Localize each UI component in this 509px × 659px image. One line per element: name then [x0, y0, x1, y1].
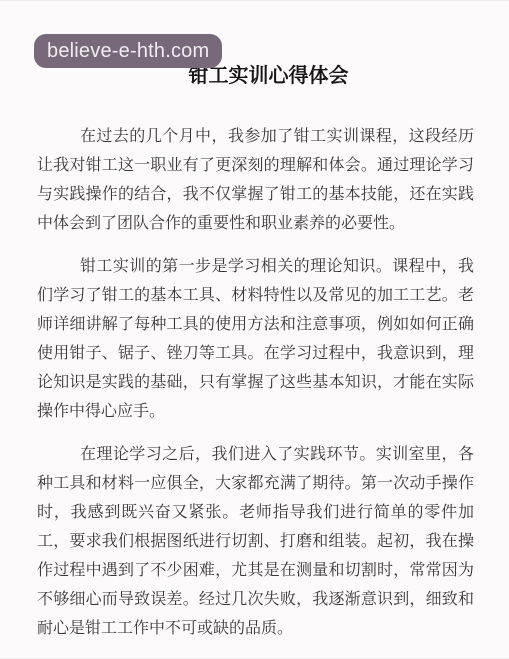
paragraph-theory: 钳工实训的第一步是学习相关的理论知识。课程中，我们学习了钳工的基本工具、材料特性… — [37, 252, 474, 426]
paragraph-intro: 在过去的几个月中，我参加了钳工实训课程，这段经历让我对钳工这一职业有了更深刻的理… — [37, 122, 474, 238]
paragraph-practice: 在理论学习之后，我们进入了实践环节。实训室里，各种工具和材料一应俱全，大家都充满… — [37, 440, 474, 643]
document-body: 在过去的几个月中，我参加了钳工实训课程，这段经历让我对钳工这一职业有了更深刻的理… — [37, 122, 474, 643]
document-page: { "page": { "background": "#fdfafc" }, "… — [0, 0, 509, 659]
watermark-badge: believe-e-hth.com — [34, 34, 222, 68]
